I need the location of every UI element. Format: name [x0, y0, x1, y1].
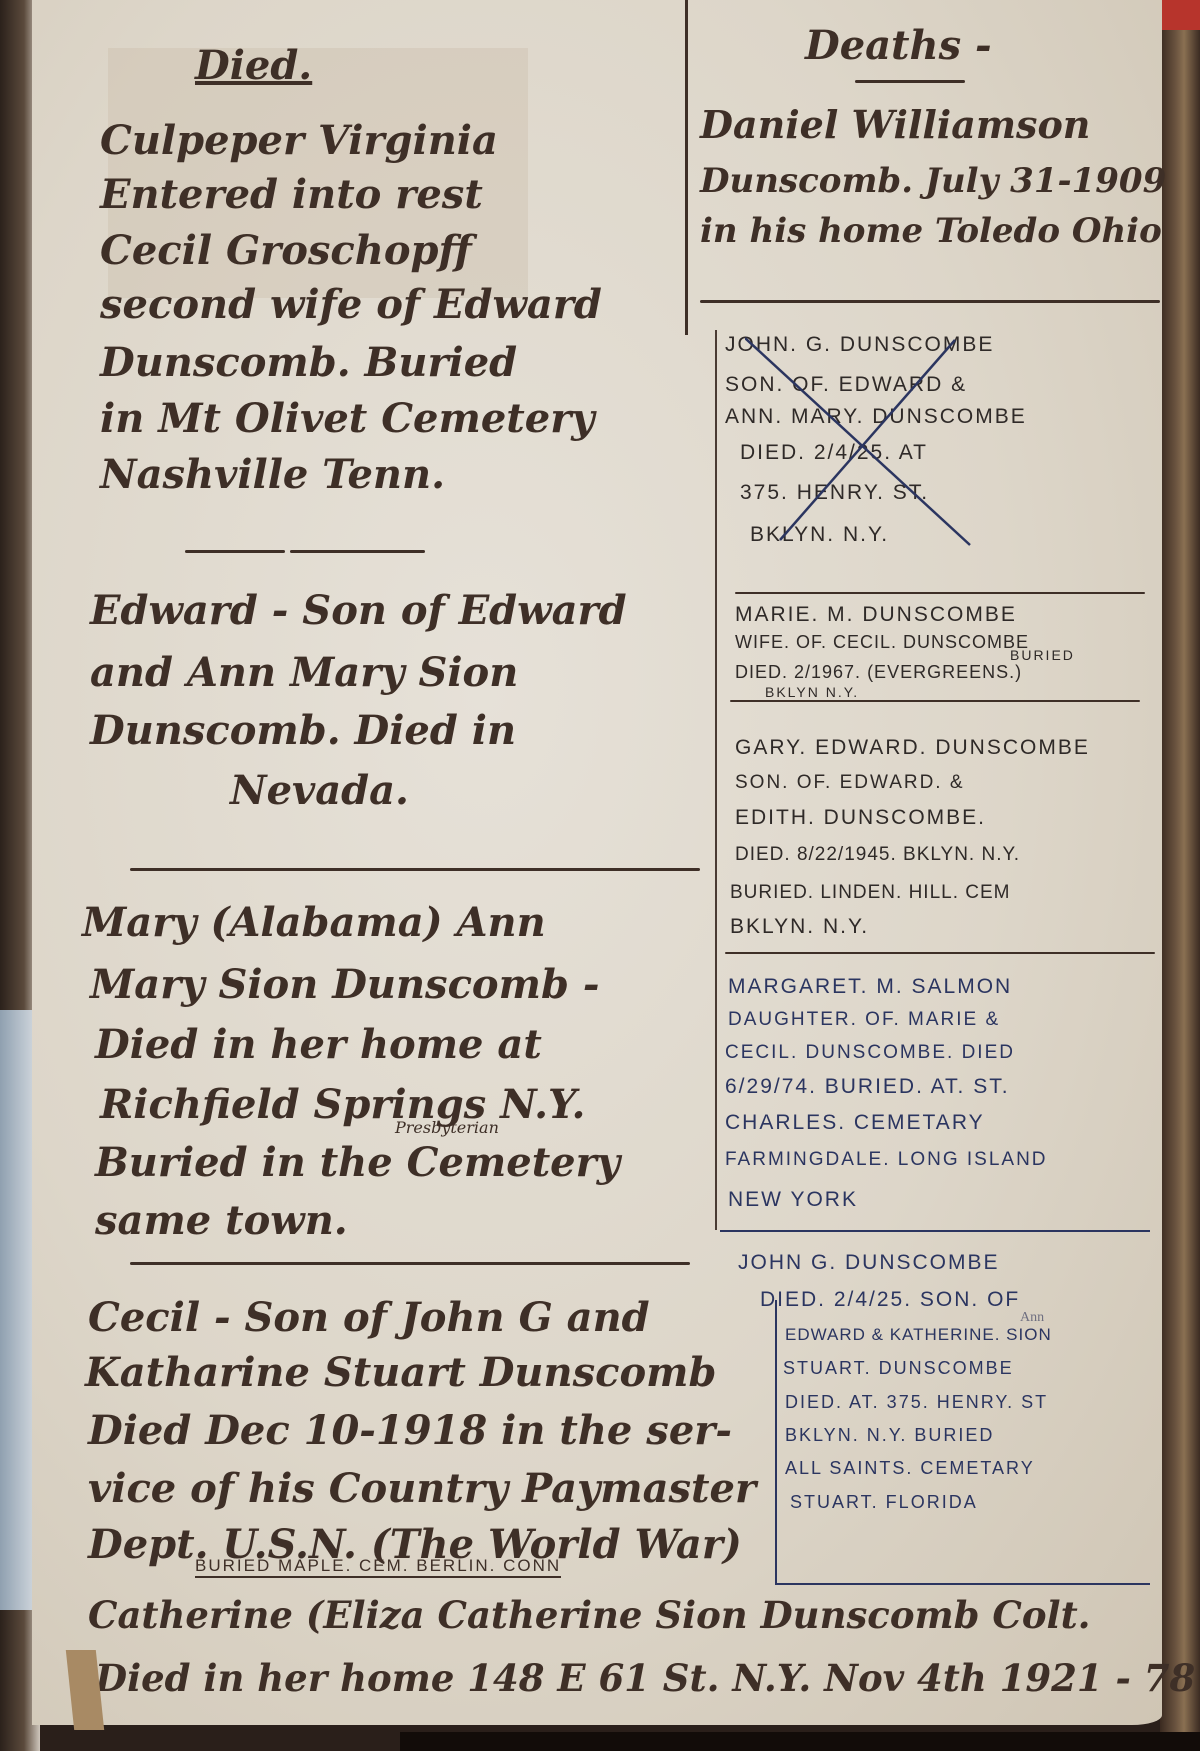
entry-line: NEW YORK	[728, 1185, 858, 1214]
entry-line: STUART. FLORIDA	[790, 1492, 978, 1513]
entry-line: Katharine Stuart Dunscomb	[85, 1350, 716, 1396]
entry-line: DIED. 2/1967. (EVERGREENS.)	[735, 662, 1022, 683]
entry-line: Dunscomb. Buried	[100, 340, 517, 386]
entry-line: JOHN G. DUNSCOMBE	[738, 1248, 1000, 1277]
entry-line: SON. OF. EDWARD. &	[735, 768, 965, 797]
insertion-ann: Ann	[1020, 1310, 1044, 1326]
entry-line: GARY. EDWARD. DUNSCOMBE	[735, 733, 1090, 762]
divider-line	[735, 592, 1145, 594]
entry-line: WIFE. OF. CECIL. DUNSCOMBE	[735, 632, 1029, 653]
divider-line	[725, 952, 1155, 954]
entry-line: Richfield Springs N.Y.	[100, 1082, 585, 1128]
entry-line: Died Dec 10-1918 in the ser-	[88, 1408, 732, 1454]
entry-line: BKLYN. N.Y.	[730, 912, 869, 941]
entry-line: STUART. DUNSCOMBE	[783, 1358, 1014, 1379]
entry-line: Cecil - Son of John G and	[88, 1295, 650, 1341]
entry-line: Daniel Williamson	[700, 102, 1090, 148]
entry-line: BKLYN N.Y.	[765, 684, 859, 700]
entry-line: Culpeper Virginia	[100, 118, 498, 164]
entry-line: DIED. 2/4/25. AT	[740, 438, 928, 467]
entry-line: CECIL. DUNSCOMBE. DIED	[725, 1038, 1015, 1067]
entry-line: Died in her home at	[95, 1022, 542, 1068]
right-heading: Deaths -	[805, 22, 992, 69]
entry-line: ANN. MARY. DUNSCOMBE	[725, 402, 1027, 431]
divider-line	[700, 300, 1160, 303]
entry-line: Died in her home 148 E 61 St. N.Y. Nov 4…	[95, 1655, 1200, 1701]
divider-line	[130, 1262, 690, 1265]
book-page-edges	[1160, 30, 1200, 1751]
entry-line: JOHN. G. DUNSCOMBE	[725, 330, 994, 359]
entry-line: DIED. 8/22/1945. BKLYN. N.Y.	[735, 840, 1020, 869]
divider-flourish	[185, 550, 285, 553]
column-divider-blue	[775, 1300, 777, 1585]
heading-underline	[855, 80, 965, 83]
divider-line	[720, 1230, 1150, 1232]
insertion-note: Presbyterian	[395, 1118, 499, 1137]
entry-line: Nevada.	[230, 768, 409, 814]
left-heading: Died.	[195, 42, 312, 89]
entry-line: same town.	[95, 1198, 348, 1244]
entry-line: BURIED. LINDEN. HILL. CEM	[730, 878, 1011, 907]
entry-line: MARGARET. M. SALMON	[728, 972, 1012, 1001]
entry-line: Nashville Tenn.	[100, 452, 445, 498]
book-bottom-shadow	[400, 1732, 1200, 1751]
divider-line	[730, 700, 1140, 702]
entry-line: 375. HENRY. ST.	[740, 478, 929, 507]
entry-line: Dunscomb. Died in	[90, 708, 516, 754]
column-divider	[685, 0, 688, 335]
column-divider	[715, 330, 717, 1230]
entry-line: SON. OF. EDWARD &	[725, 370, 967, 399]
entry-line: in Mt Olivet Cemetery	[100, 396, 595, 442]
section-bottom-rule	[775, 1583, 1150, 1585]
entry-line: EDITH. DUNSCOMBE.	[735, 803, 986, 832]
burial-note: BURIED MAPLE. CEM. BERLIN. CONN	[195, 1556, 561, 1578]
divider-line	[130, 868, 700, 871]
entry-line: DAUGHTER. OF. MARIE &	[728, 1005, 1000, 1034]
entry-line: Mary Sion Dunscomb -	[90, 962, 599, 1008]
entry-line: vice of his Country Paymaster	[88, 1466, 756, 1512]
entry-line: Buried in the Cemetery	[95, 1140, 620, 1186]
entry-line: 6/29/74. BURIED. AT. ST.	[725, 1072, 1010, 1101]
annotation-buried: BURIED	[1010, 647, 1075, 663]
entry-line: Edward - Son of Edward	[90, 588, 627, 634]
entry-line: MARIE. M. DUNSCOMBE	[735, 600, 1017, 629]
entry-line: in his home Toledo Ohio	[700, 208, 1162, 254]
divider-flourish	[290, 550, 425, 553]
entry-line: FARMINGDALE. LONG ISLAND	[725, 1145, 1048, 1174]
entry-line: ALL SAINTS. CEMETARY	[785, 1458, 1035, 1479]
entry-line: and Ann Mary Sion	[90, 650, 518, 696]
entry-line: Catherine (Eliza Catherine Sion Dunscomb…	[88, 1592, 1091, 1638]
entry-line: BKLYN. N.Y.	[750, 520, 889, 549]
entry-line: second wife of Edward	[100, 282, 602, 328]
entry-line: DIED. 2/4/25. SON. OF	[760, 1285, 1020, 1314]
entry-line: Cecil Groschopff	[100, 228, 472, 274]
entry-line: Dunscomb. July 31-1909	[700, 158, 1166, 204]
entry-line: Mary (Alabama) Ann	[82, 900, 546, 946]
entry-line: EDWARD & KATHERINE. SION	[785, 1325, 1052, 1345]
entry-line: Entered into rest	[100, 172, 483, 218]
entry-line: CHARLES. CEMETARY	[725, 1108, 985, 1137]
entry-line: BKLYN. N.Y. BURIED	[785, 1425, 994, 1446]
entry-line: DIED. AT. 375. HENRY. ST	[785, 1392, 1048, 1413]
